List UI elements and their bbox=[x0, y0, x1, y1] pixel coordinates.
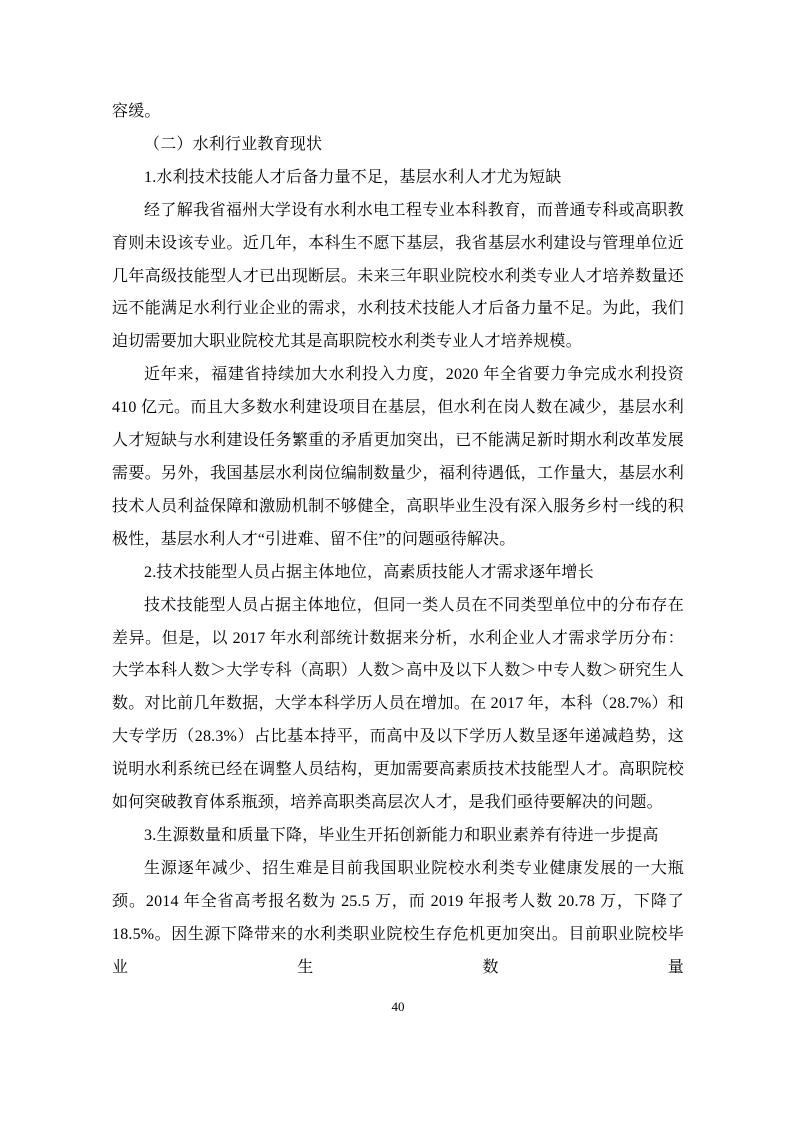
subheading-1: 1.水利技术技能人才后备力量不足，基层水利人才尤为短缺 bbox=[112, 162, 684, 195]
body-paragraph-1: 经了解我省福州大学设有水利水电工程专业本科教育，而普通专科或高职教育则未设该专业… bbox=[112, 195, 684, 360]
document-body: 容缓。 （二）水利行业教育现状 1.水利技术技能人才后备力量不足，基层水利人才尤… bbox=[112, 96, 684, 984]
page-footer: 40 bbox=[112, 998, 684, 1016]
subheading-3: 3.生源数量和质量下降，毕业生开拓创新能力和职业素养有待进一步提高 bbox=[112, 820, 684, 853]
document-page: 容缓。 （二）水利行业教育现状 1.水利技术技能人才后备力量不足，基层水利人才尤… bbox=[0, 0, 792, 1122]
body-paragraph-3: 技术技能型人员占据主体地位，但同一类人员在不同类型单位中的分布存在差异。但是，以… bbox=[112, 590, 684, 820]
subheading-2: 2.技术技能型人员占据主体地位，高素质技能人才需求逐年增长 bbox=[112, 557, 684, 590]
body-paragraph-2: 近年来，福建省持续加大水利投入力度，2020 年全省要力争完成水利投资 410 … bbox=[112, 359, 684, 556]
page-number: 40 bbox=[392, 999, 405, 1014]
paragraph-continuation: 容缓。 bbox=[112, 96, 684, 129]
body-paragraph-4: 生源逐年减少、招生难是目前我国职业院校水利类专业健康发展的一大瓶颈。2014 年… bbox=[112, 853, 684, 985]
section-heading: （二）水利行业教育现状 bbox=[112, 129, 684, 162]
